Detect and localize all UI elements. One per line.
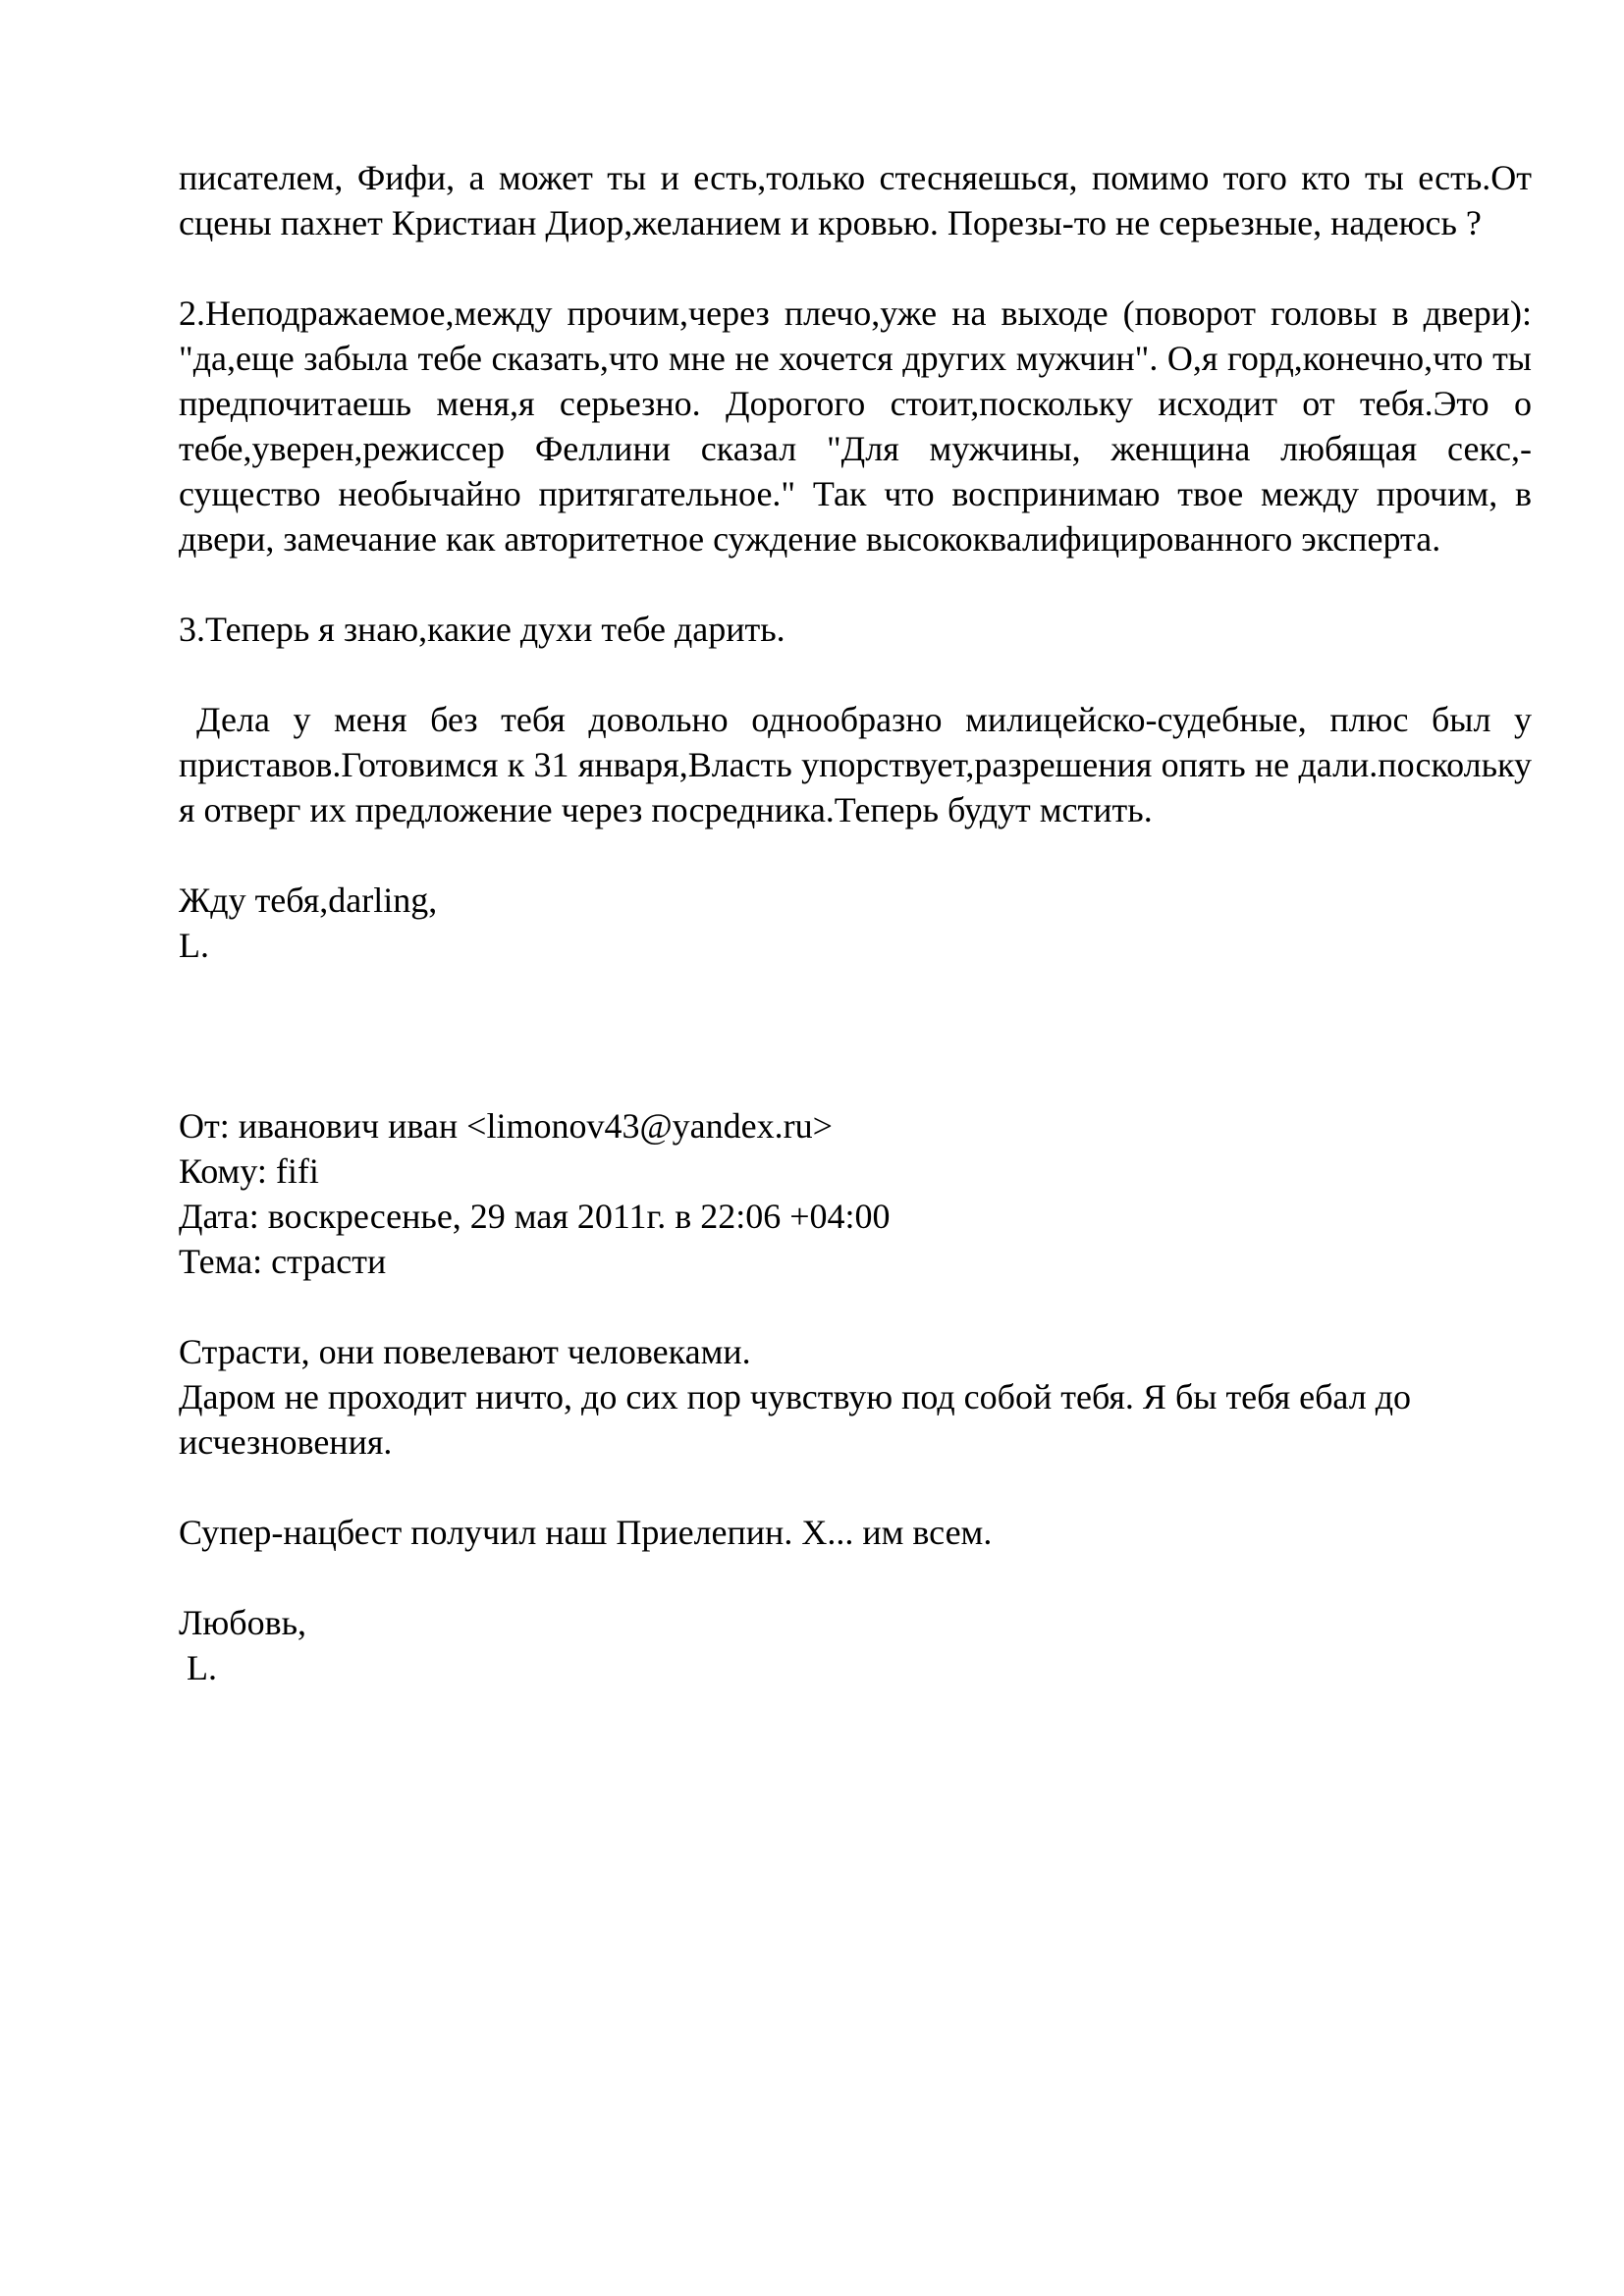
document-page: писателем, Фифи, а может ты и есть,тольк… — [179, 155, 1532, 1690]
letter2-paragraph-2: Супер-нацбест получил наш Приелепин. Х..… — [179, 1510, 1532, 1555]
email-from: От: иванович иван <limonov43@yandex.ru> — [179, 1103, 1532, 1148]
letter1-paragraph-3: 3.Теперь я знаю,какие духи тебе дарить. — [179, 607, 1532, 652]
letter1-paragraph-4: Дела у меня без тебя довольно однообразн… — [179, 697, 1532, 832]
letter1-signature: L. — [179, 923, 1532, 968]
letter1-closing: Жду тебя,darling, — [179, 878, 1532, 923]
spacer — [179, 245, 1532, 291]
spacer — [179, 1284, 1532, 1329]
spacer — [179, 561, 1532, 607]
letter2-signature: L. — [179, 1645, 1532, 1690]
email-header: От: иванович иван <limonov43@yandex.ru> … — [179, 1103, 1532, 1284]
letter2-closing: Любовь, — [179, 1600, 1532, 1645]
letter2-line-1: Страсти, они повелевают человеками. — [179, 1329, 1532, 1374]
spacer — [179, 832, 1532, 878]
spacer — [179, 1465, 1532, 1510]
letter2-line-2: Даром не проходит ничто, до сих пор чувс… — [179, 1374, 1532, 1465]
letter1-paragraph-2: 2.Неподражаемое,между прочим,через плечо… — [179, 291, 1532, 561]
email-to: Кому: fifi — [179, 1148, 1532, 1194]
email-date: Дата: воскресенье, 29 мая 2011г. в 22:06… — [179, 1194, 1532, 1239]
letter1-paragraph-1: писателем, Фифи, а может ты и есть,тольк… — [179, 155, 1532, 245]
spacer — [179, 968, 1532, 1103]
spacer — [179, 652, 1532, 697]
spacer — [179, 1555, 1532, 1600]
email-subject: Тема: страсти — [179, 1239, 1532, 1284]
